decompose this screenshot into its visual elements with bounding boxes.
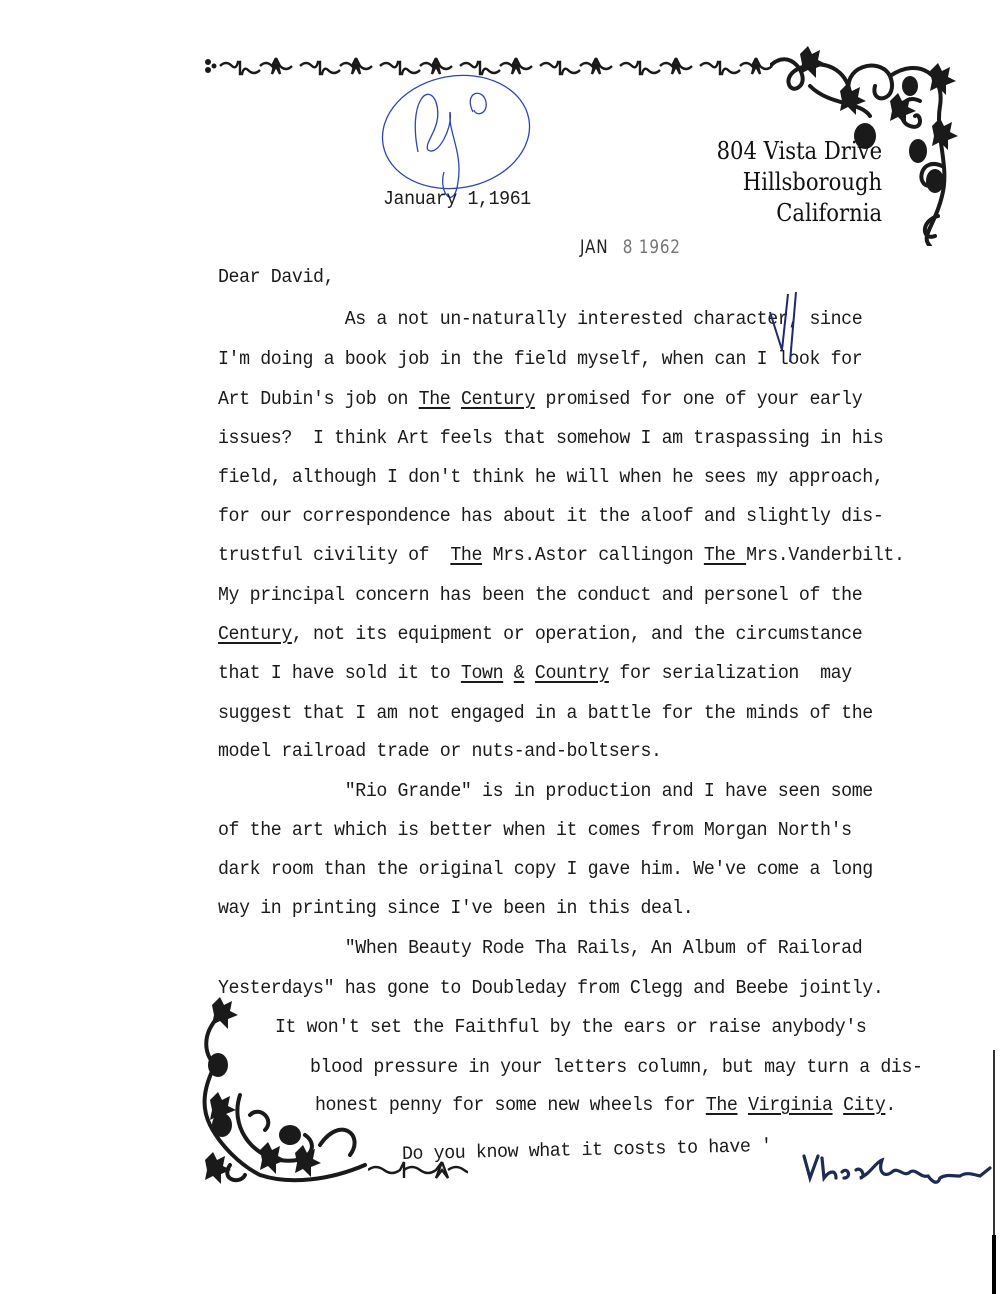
text-run: Art Dubin's job on [218, 388, 419, 410]
text-run: Mrs.Astor callingon [482, 544, 704, 566]
insertion-mark-icon [760, 292, 820, 372]
salutation: Dear David, [218, 266, 334, 288]
text-run: "Rio Grande" is in production and I have… [218, 780, 873, 802]
underlined-title: Town [461, 662, 503, 684]
body-line: that I have sold it to Town & Country fo… [218, 662, 852, 684]
text-run: suggest that I am not engaged in a battl… [218, 702, 873, 724]
text-run: for our correspondence has about it the … [218, 505, 883, 527]
text-run [524, 662, 535, 684]
body-line: way in printing since I've been in this … [218, 897, 693, 919]
body-line: dark room than the original copy I gave … [218, 858, 873, 880]
stamp-month: JAN [580, 236, 608, 258]
body-line: Century, not its equipment or operation,… [218, 623, 862, 645]
text-run: way in printing since I've been in this … [218, 897, 693, 919]
body-line: of the art which is better when it comes… [218, 819, 852, 841]
text-run: blood pressure in your letters column, b… [310, 1056, 923, 1078]
body-line: model railroad trade or nuts-and-boltser… [218, 740, 662, 762]
text-run: My principal concern has been the conduc… [218, 584, 862, 606]
body-line: issues? I think Art feels that somehow I… [218, 427, 883, 449]
underlined-title: City [843, 1094, 885, 1116]
text-run: , not its equipment or operation, and th… [292, 623, 862, 645]
body-line: Art Dubin's job on The Century promised … [218, 388, 862, 410]
scan-edge-shadow [992, 1235, 996, 1294]
text-run: issues? I think Art feels that somehow I… [218, 427, 883, 449]
received-date-stamp: JAN8 1962 [580, 236, 681, 258]
address-city: Hillsborough [716, 167, 882, 198]
letter-page: 804 Vista Drive Hillsborough California … [0, 0, 1000, 1294]
body-line: "Rio Grande" is in production and I have… [218, 780, 873, 802]
body-line: blood pressure in your letters column, b… [310, 1056, 923, 1078]
text-run: of the art which is better when it comes… [218, 819, 852, 841]
body-line: field, although I don't think he will wh… [218, 466, 883, 488]
overwrite-scribble-icon: Old Nickel Wheel [800, 1148, 995, 1188]
ornamental-border-bottom-icon [368, 1156, 468, 1186]
text-run: trustful civility of [218, 544, 450, 566]
text-run: "When Beauty Rode Tha Rails, An Album of… [218, 937, 862, 959]
body-line: honest penny for some new wheels for The… [315, 1094, 896, 1116]
text-run [833, 1094, 844, 1116]
letter-date: January 1,1961 [383, 188, 531, 210]
address-state: California [716, 198, 882, 229]
underlined-title: & [514, 662, 525, 684]
text-run: field, although I don't think he will wh… [218, 466, 883, 488]
underlined-title: Century [461, 388, 535, 410]
text-run: for serialization may [609, 662, 852, 684]
underlined-title: The [704, 544, 746, 566]
body-line: trustful civility of The Mrs.Astor calli… [218, 544, 905, 566]
text-run: dark room than the original copy I gave … [218, 858, 873, 880]
underlined-title: The [419, 388, 451, 410]
stamp-day-year: 8 1962 [623, 236, 681, 258]
underlined-title: Country [535, 662, 609, 684]
body-line: suggest that I am not engaged in a battl… [218, 702, 873, 724]
body-line: "When Beauty Rode Tha Rails, An Album of… [218, 937, 862, 959]
underlined-title: The [706, 1094, 738, 1116]
text-run: Mrs.Vanderbilt. [746, 544, 904, 566]
body-line: My principal concern has been the conduc… [218, 584, 862, 606]
text-run [450, 388, 461, 410]
grapevine-corner-bottom-left-icon [200, 995, 375, 1185]
letterhead-address: 804 Vista Drive Hillsborough California [716, 136, 882, 229]
address-street: 804 Vista Drive [716, 136, 882, 167]
text-run: promised for one of your early [535, 388, 862, 410]
underlined-title: Virginia [748, 1094, 832, 1116]
text-run: model railroad trade or nuts-and-boltser… [218, 740, 662, 762]
text-run [737, 1094, 748, 1116]
text-run: that I have sold it to [218, 662, 461, 684]
body-line: for our correspondence has about it the … [218, 505, 883, 527]
underlined-title: Century [218, 623, 292, 645]
underlined-title: The [450, 544, 482, 566]
text-run: . [885, 1094, 896, 1116]
text-run [503, 662, 514, 684]
